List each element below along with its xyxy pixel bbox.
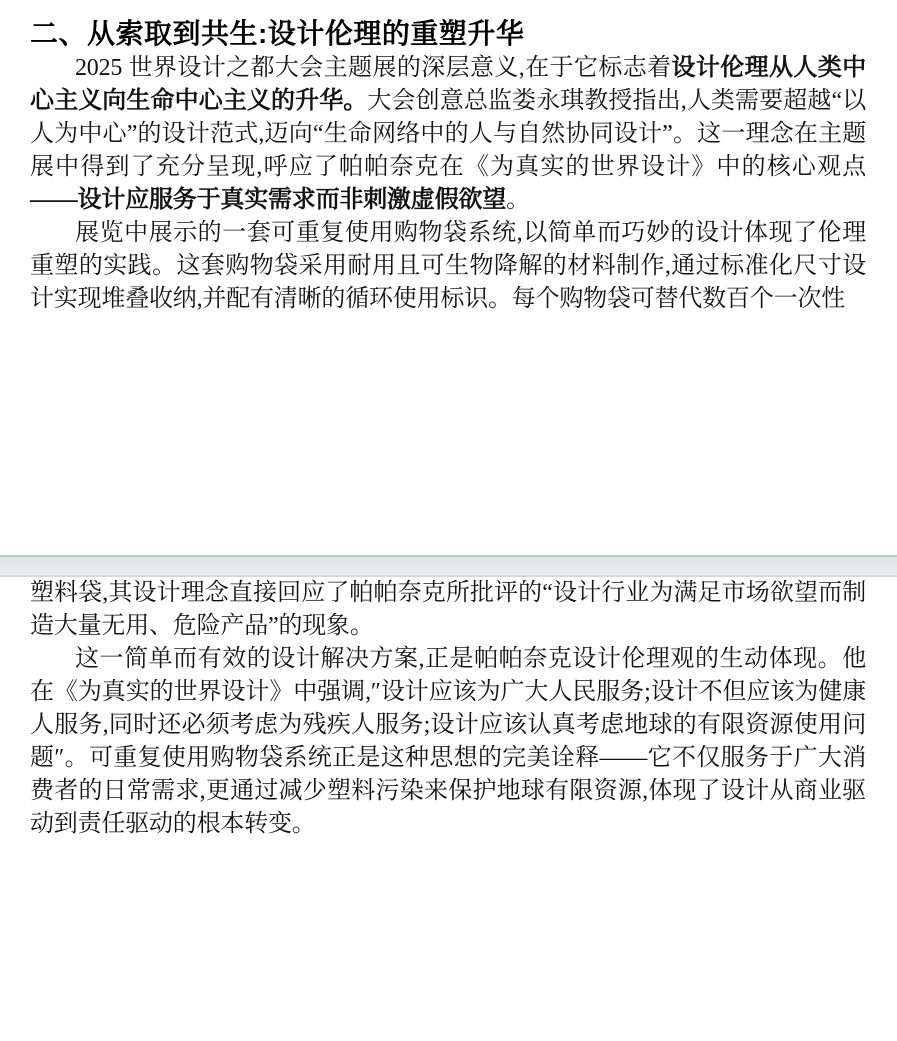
bold-text-run: ——设计应服务于真实需求而非刺激虚假欲望 <box>30 187 506 213</box>
paragraph-papanek-ethics-conclusion: 这一简单而有效的设计解决方案,正是帕帕奈克设计伦理观的生动体现。他在《为真实的世… <box>30 643 866 841</box>
text-run: 2025 世界设计之都大会主题展的深层意义,在于它标志着 <box>75 55 671 81</box>
document-page-2: 塑料袋,其设计理念直接回应了帕帕奈克所批评的“设计行业为满足市场欲望而制造大量无… <box>0 577 897 1041</box>
document-page-1: 二、从索取到共生:设计伦理的重塑升华 2025 世界设计之都大会主题展的深层意义… <box>0 0 897 555</box>
paragraph-shopping-bag-system-continuation: 塑料袋,其设计理念直接回应了帕帕奈克所批评的“设计行业为满足市场欲望而制造大量无… <box>30 577 866 643</box>
page-break-divider <box>0 555 897 577</box>
paragraph-shopping-bag-system-part1: 展览中展示的一套可重复使用购物袋系统,以简单而巧妙的设计体现了伦理重塑的实践。这… <box>30 217 866 316</box>
text-run: 展览中展示的一套可重复使用购物袋系统,以简单而巧妙的设计体现了伦理重塑的实践。这… <box>30 220 866 312</box>
document-view: 二、从索取到共生:设计伦理的重塑升华 2025 世界设计之都大会主题展的深层意义… <box>0 0 897 1041</box>
text-run: 。 <box>506 187 530 213</box>
text-run: 塑料袋,其设计理念直接回应了帕帕奈克所批评的“设计行业为满足市场欲望而制造大量无… <box>30 580 866 639</box>
text-run: 这一简单而有效的设计解决方案,正是帕帕奈克设计伦理观的生动体现。他在《为真实的世… <box>30 646 866 837</box>
section-heading: 二、从索取到共生:设计伦理的重塑升华 <box>30 16 866 52</box>
paragraph-design-ethics-sublimation: 2025 世界设计之都大会主题展的深层意义,在于它标志着设计伦理从人类中心主义向… <box>30 52 866 217</box>
